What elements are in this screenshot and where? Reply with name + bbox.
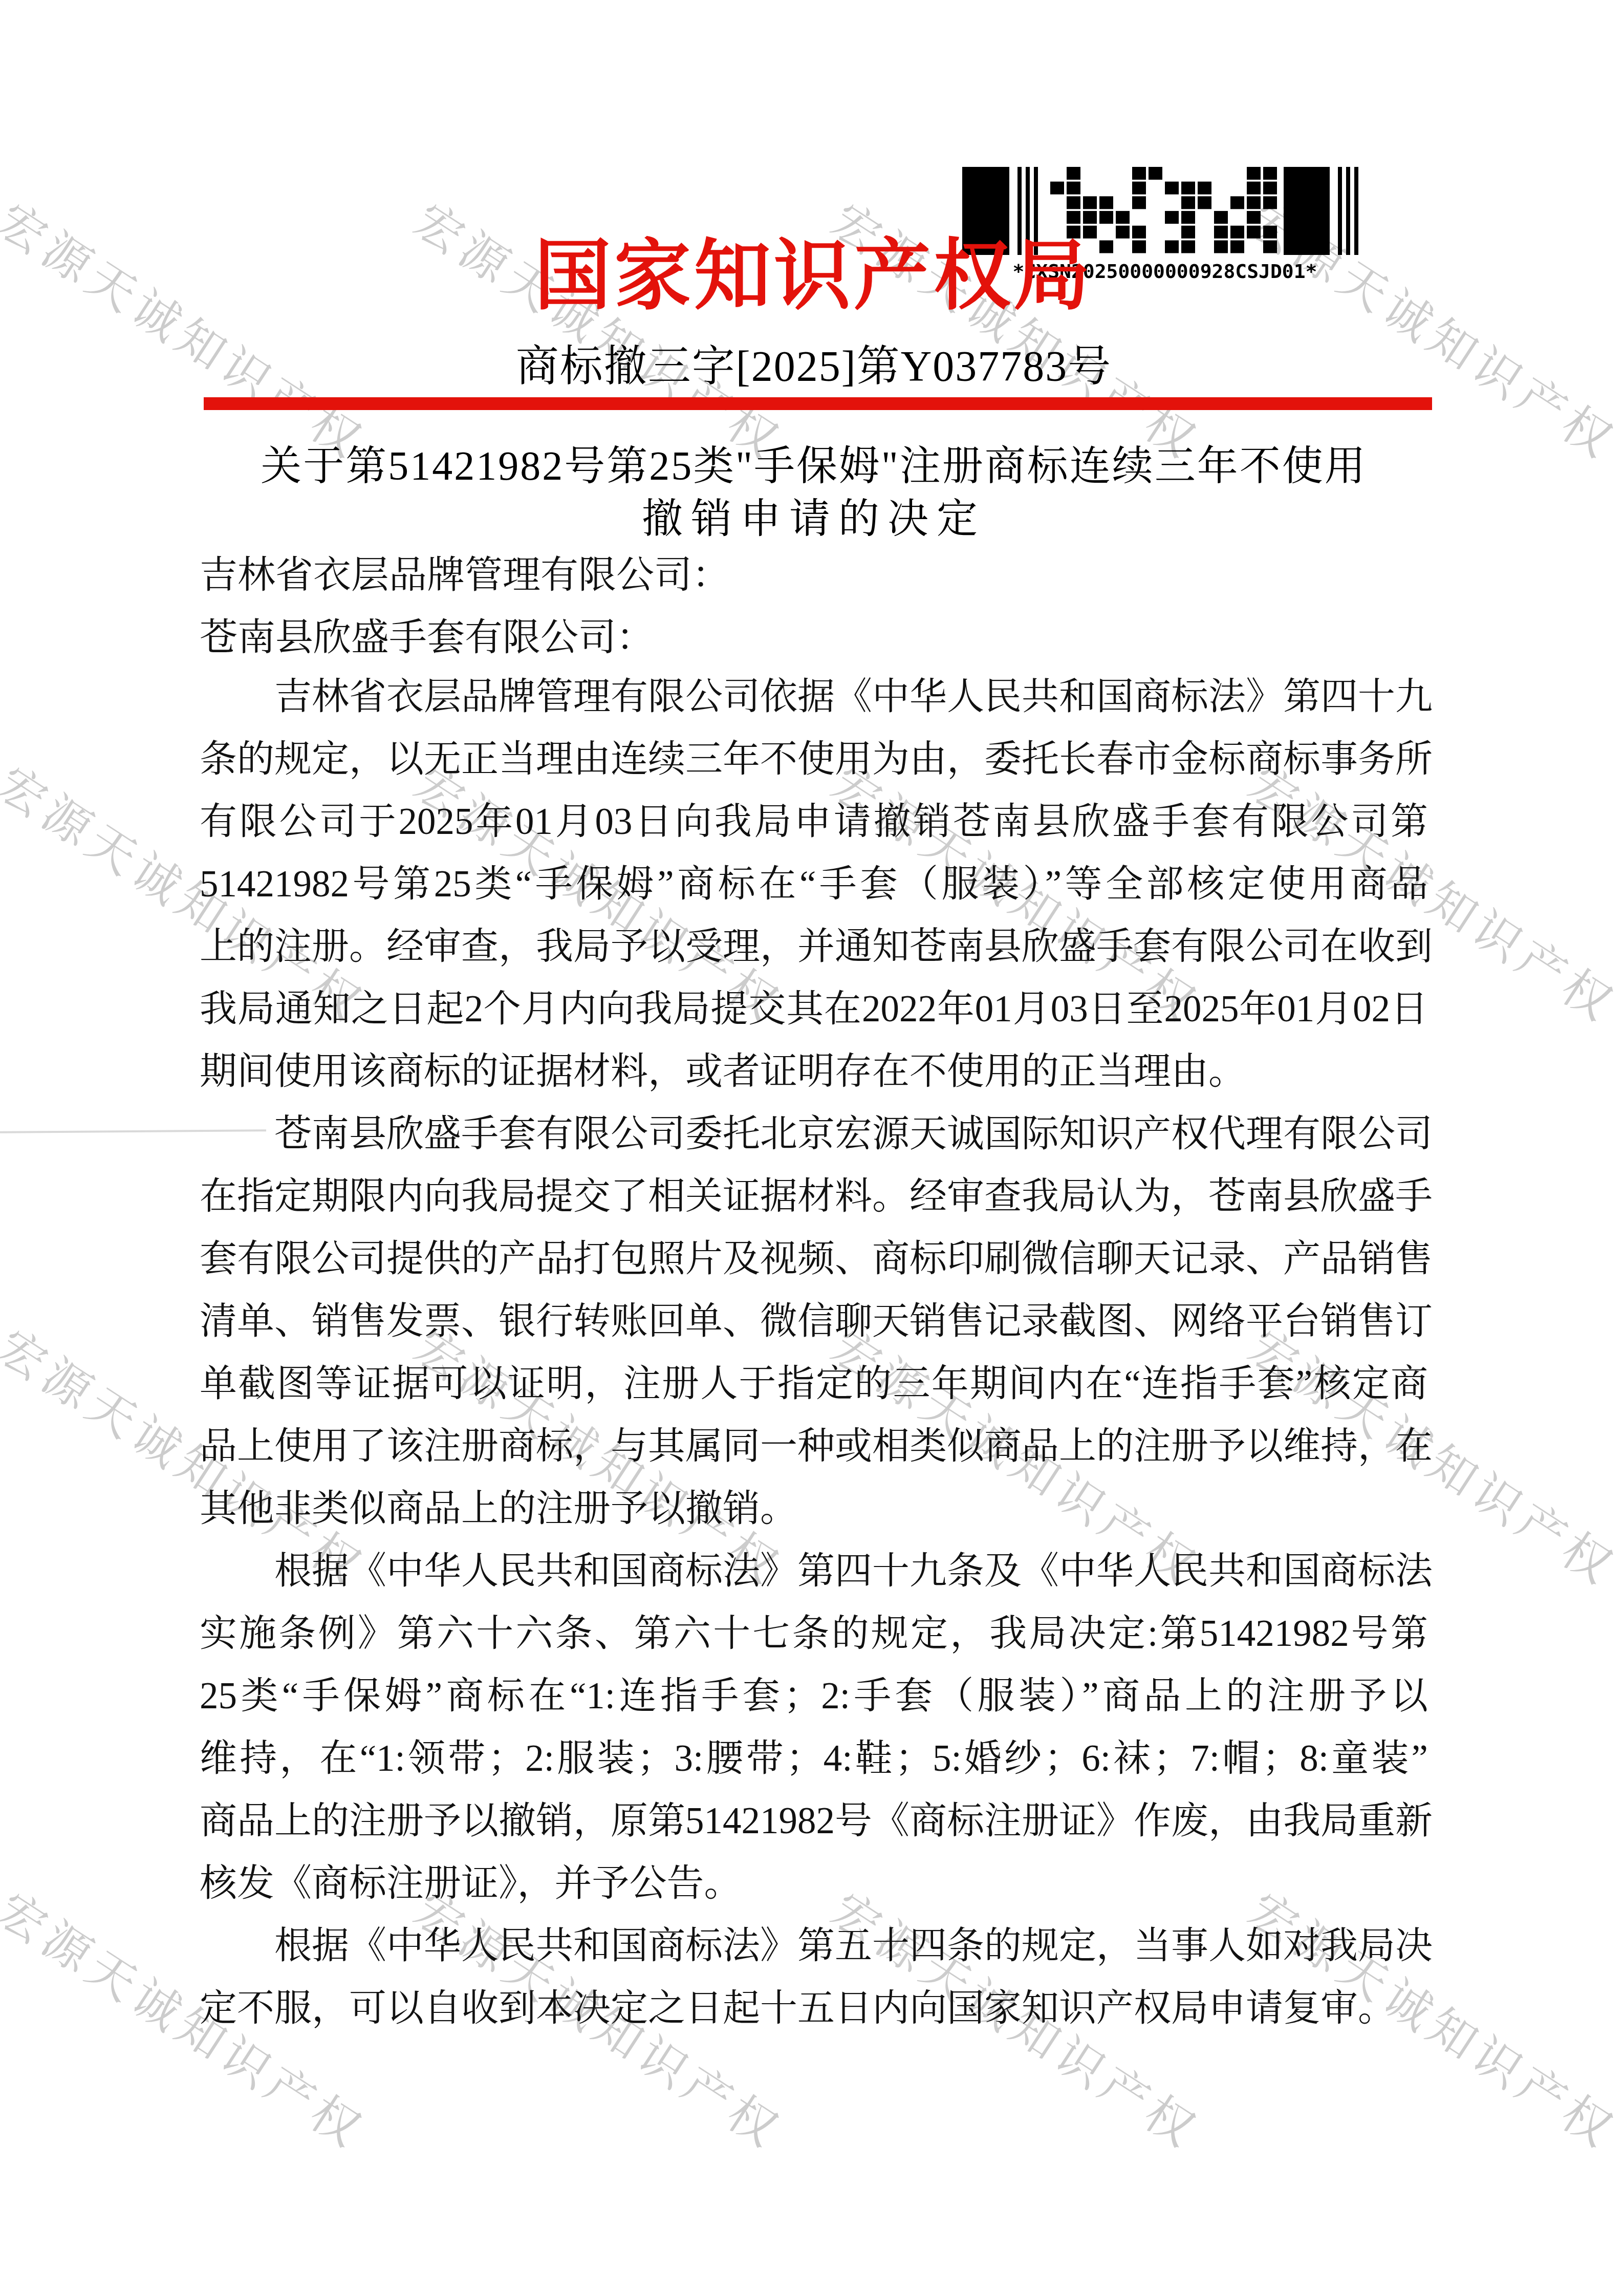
body-line: 套有限公司提供的产品打包照片及视频、商标印刷微信聊天记录、产品销售 [200,1228,1428,1290]
addressee-line: 苍南县欣盛手套有限公司： [200,607,1428,669]
watermark-text: 宏源天诚知识产权 [403,184,797,473]
body-line: 在指定期限内向我局提交了相关证据材料。经审查我局认为，苍南县欣盛手 [200,1165,1428,1228]
body-line: 条的规定，以无正当理由连续三年不使用为由，委托长春市金标商标事务所 [200,728,1428,790]
body-line: 上的注册。经审查，我局予以受理，并通知苍南县欣盛手套有限公司在收到 [200,915,1428,978]
body-line: 核发《商标注册证》，并予公告。 [200,1852,1428,1915]
doc-number: 商标撤三字[2025]第Y037783号 [200,332,1428,394]
body-line: 苍南县欣盛手套有限公司委托北京宏源天诚国际知识产权代理有限公司 [200,1103,1428,1165]
agency-title: 国家知识产权局 [200,234,1428,319]
body-line: 清单、销售发票、银行转账回单、微信聊天销售记录截图、网络平台销售订 [200,1290,1428,1353]
body-line: 定不服，可以自收到本决定之日起十五日内向国家知识产权局申请复审。 [200,1977,1428,2040]
body-line: 期间使用该商标的证据材料，或者证明存在不使用的正当理由。 [200,1040,1428,1103]
document-page: 宏源天诚知识产权宏源天诚知识产权宏源天诚知识产权宏源天诚知识产权宏源天诚知识产权… [0,0,1624,2296]
watermark-text: 宏源天诚知识产权 [0,184,380,473]
body-line: 实施条例》第六十六条、第六十七条的规定，我局决定:第51421982号第 [200,1602,1428,1665]
body-line: 吉林省衣层品牌管理有限公司依据《中华人民共和国商标法》第四十九 [200,666,1428,728]
body-line: 商品上的注册予以撤销，原第51421982号《商标注册证》作废，由我局重新 [200,1790,1428,1852]
body-line: 根据《中华人民共和国商标法》第五十四条的规定，当事人如对我局决 [200,1915,1428,1977]
body-line: 单截图等证据可以证明，注册人于指定的三年期间内在“连指手套”核定商 [200,1353,1428,1415]
document-body: 吉林省衣层品牌管理有限公司依据《中华人民共和国商标法》第四十九条的规定，以无正当… [200,666,1428,2040]
body-line: 其他非类似商品上的注册予以撤销。 [200,1477,1428,1540]
body-line: 有限公司于2025年01月03日向我局申请撤销苍南县欣盛手套有限公司第 [200,790,1428,853]
decision-title-line2: 撤销申请的决定 [200,485,1428,544]
addressee-line: 吉林省衣层品牌管理有限公司： [200,544,1428,607]
body-line: 品上使用了该注册商标，与其属同一种或相类似商品上的注册予以维持，在 [200,1415,1428,1477]
addressee-list: 吉林省衣层品牌管理有限公司：苍南县欣盛手套有限公司： [200,544,1428,669]
body-line: 维持，在“1:领带；2:服装；3:腰带；4:鞋；5:婚纱；6:袜；7:帽；8:童… [200,1727,1428,1790]
body-line: 根据《中华人民共和国商标法》第四十九条及《中华人民共和国商标法 [200,1540,1428,1602]
decision-title-line1: 关于第51421982号第25类"手保姆"注册商标连续三年不使用 [200,433,1428,491]
body-line: 我局通知之日起2个月内向我局提交其在2022年01月03日至2025年01月02… [200,978,1428,1040]
body-line: 51421982号第25类“手保姆”商标在“手套（服装）”等全部核定使用商品 [200,853,1428,915]
body-line: 25类“手保姆”商标在“1:连指手套；2:手套（服装）”商品上的注册予以 [200,1665,1428,1727]
red-divider-rule [204,397,1432,410]
